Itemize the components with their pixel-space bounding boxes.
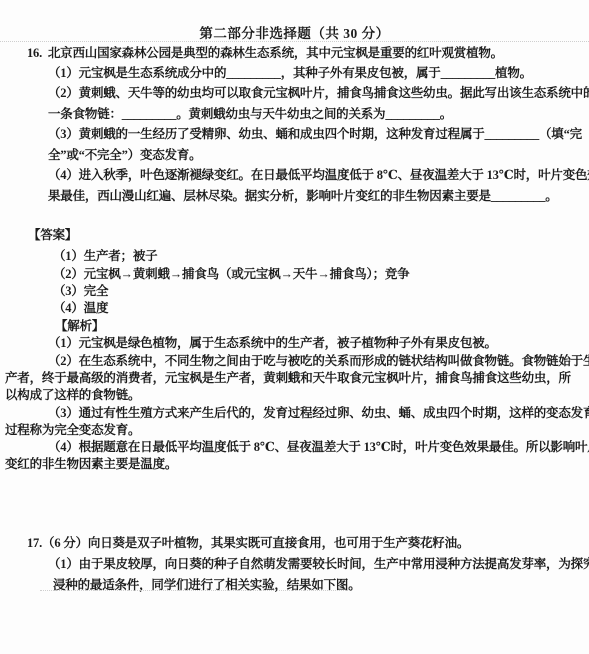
q16-part3-line1: （3）黄刺蛾的一生经历了受精卵、幼虫、蛹和成虫四个时期，这种发育过程属于____… [48, 127, 582, 141]
exam-page: 第二部分非选择题（共 30 分） 16. 北京西山国家森林公园是典型的森林生态系… [0, 0, 589, 654]
answer-4: （4）温度 [53, 301, 108, 315]
analysis-2-line2: 产者，终于最高级的消费者，元宝枫是生产者，黄刺蛾和天牛取食元宝枫叶片，捕食鸟捕食… [5, 371, 571, 385]
analysis-4-line1: （4）根据题意在日最低平均温度低于 8℃、昼夜温差大于 13℃时，叶片变色效果最… [48, 440, 589, 454]
answer-2: （2）元宝枫→黄刺蛾→捕食鸟（或元宝枫→天牛→捕食鸟）；竞争 [53, 267, 410, 281]
answer-3: （3）完全 [53, 284, 108, 298]
analysis-3-line2: 过程称为完全变态发育。 [5, 423, 140, 437]
q16-part4-line2: 果最佳，西山漫山红遍、层林尽染。据实分析，影响叶片变红的非生物因素主要是____… [48, 189, 558, 203]
q16-part1: （1）元宝枫是生态系统成分中的_________，其种子外有果皮包被，属于___… [48, 66, 532, 80]
analysis-2-line3: 以构成了这样的食物链。 [5, 388, 140, 402]
answer-1: （1）生产者；被子 [53, 249, 157, 263]
q16-stem: 16. 北京西山国家森林公园是典型的森林生态系统，其中元宝枫是重要的红叶观赏植物… [27, 46, 503, 60]
scan-artifact-line [40, 590, 350, 591]
q16-part2-line1: （2）黄刺蛾、天牛等的幼虫均可以取食元宝枫叶片，捕食鸟捕食这些幼虫。据此写出该生… [48, 86, 589, 100]
analysis-4-line2: 变红的非生物因素主要是温度。 [5, 457, 177, 471]
answer-heading: 【答案】 [28, 228, 77, 242]
q17-part1-line1: （1）由于果皮较厚，向日葵的种子自然萌发需要较长时间，生产中常用浸种方法提高发芽… [48, 557, 589, 571]
q16-part2-line2: 一条食物链：_________。黄刺蛾幼虫与天牛幼虫之间的关系为________… [48, 107, 452, 121]
analysis-1: （1）元宝枫是绿色植物，属于生态系统中的生产者，被子植物种子外有果皮包被。 [48, 336, 497, 350]
analysis-heading: 【解析】 [55, 319, 104, 333]
analysis-2-line1: （2）在生态系统中，不同生物之间由于吃与被吃的关系而形成的链状结构叫做食物链。食… [48, 354, 589, 368]
q16-part4-line1: （4）进入秋季，叶色逐渐褪绿变红。在日最低平均温度低于 8℃、昼夜温差大于 13… [48, 168, 589, 182]
scan-artifact-line [0, 41, 589, 42]
q17-stem: 17.（6 分）向日葵是双子叶植物，其果实既可直接食用，也可用于生产葵花籽油。 [27, 536, 469, 550]
q16-part3-line2: 全”或“不完全”）变态发育。 [48, 148, 201, 162]
analysis-3-line1: （3）通过有性生殖方式来产生后代的，发育过程经过卵、幼虫、蛹、成虫四个时期，这样… [48, 406, 589, 420]
section-title: 第二部分非选择题（共 30 分） [0, 22, 589, 42]
